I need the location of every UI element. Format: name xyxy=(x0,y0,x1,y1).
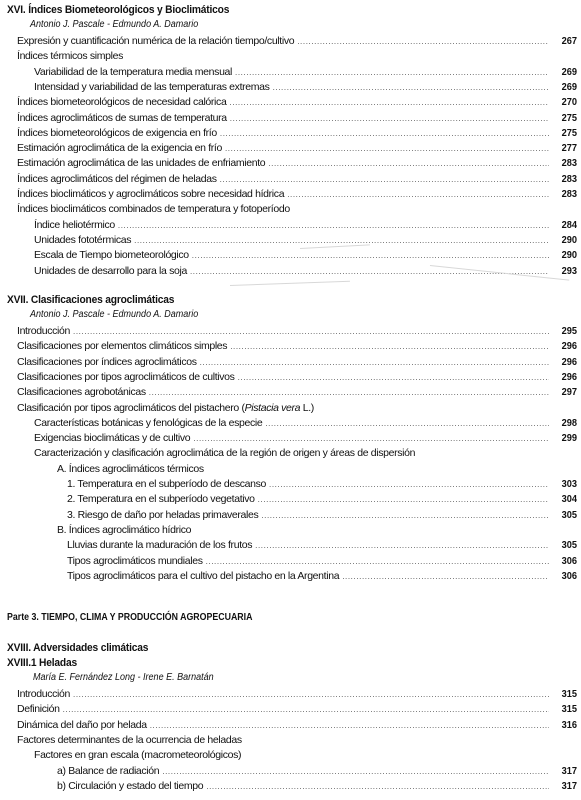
dot-leader xyxy=(220,127,549,141)
toc-entry[interactable]: Índice heliotérmico284 xyxy=(0,218,581,232)
toc-entry[interactable]: Intensidad y variabilidad de las tempera… xyxy=(0,80,581,94)
page-number: 305 xyxy=(558,508,577,522)
entry-title: Expresión y cuantificación numérica de l… xyxy=(17,34,294,48)
dot-leader xyxy=(342,570,549,584)
dot-leader xyxy=(118,219,549,233)
page-number: 284 xyxy=(558,218,577,232)
dot-leader xyxy=(193,432,549,446)
dot-leader xyxy=(261,509,549,523)
toc-entry[interactable]: a) Balance de radiación317 xyxy=(0,764,581,778)
chapter-title-line: XVI. Índices Biometeorológicos y Bioclim… xyxy=(0,3,581,17)
toc-entry[interactable]: Dinámica del daño por helada316 xyxy=(0,718,581,732)
toc-subheading: Caracterización y clasificación agroclim… xyxy=(0,446,581,460)
entry-title: Índices agroclimáticos del régimen de he… xyxy=(17,172,217,186)
dot-leader xyxy=(255,539,549,553)
entry-title: A. Índices agroclimáticos térmicos xyxy=(57,462,204,476)
toc-entry[interactable]: 1. Temperatura en el subperíodo de desca… xyxy=(0,477,581,491)
toc-entry[interactable]: Definición315 xyxy=(0,702,581,716)
page-number: 303 xyxy=(558,477,577,491)
entry-title: 2. Temperatura en el subperíodo vegetati… xyxy=(67,492,255,506)
toc-entry[interactable]: Clasificaciones agrobotánicas297 xyxy=(0,385,581,399)
page-number: 283 xyxy=(558,156,577,170)
dot-leader xyxy=(258,493,549,507)
dot-leader xyxy=(225,142,549,156)
dot-leader xyxy=(200,356,549,370)
chapter-subtitle-line: XVIII.1 Heladas xyxy=(0,656,581,670)
page-number: 315 xyxy=(558,687,577,701)
entry-title: 3. Riesgo de daño por heladas primaveral… xyxy=(67,508,258,522)
chapter-title: XVIII. Adversidades climáticas xyxy=(7,641,148,655)
entry-title: Variabilidad de la temperatura media men… xyxy=(34,65,232,79)
toc-entry[interactable]: Unidades de desarrollo para la soja293 xyxy=(0,264,581,278)
entry-title: Introducción xyxy=(17,687,70,701)
page-number: 269 xyxy=(558,80,577,94)
toc-entry[interactable]: Clasificaciones por elementos climáticos… xyxy=(0,339,581,353)
entry-title-italic: Pistacia vera xyxy=(245,402,301,414)
entry-title: Intensidad y variabilidad de las tempera… xyxy=(34,80,270,94)
toc-entry[interactable]: Características botánicas y fenológicas … xyxy=(0,416,581,430)
toc-entry[interactable]: Índices bioclimáticos y agroclimáticos s… xyxy=(0,187,581,201)
toc-entry[interactable]: Índices agroclimáticos de sumas de tempe… xyxy=(0,111,581,125)
scan-artifact xyxy=(230,281,350,286)
page-number: 267 xyxy=(558,34,577,48)
dot-leader xyxy=(162,765,549,779)
chapter-authors-line: Antonio J. Pascale - Edmundo A. Damario xyxy=(0,18,581,32)
toc-entry[interactable]: Tipos agroclimáticos mundiales306 xyxy=(0,554,581,568)
entry-title: Clasificaciones agrobotánicas xyxy=(17,385,146,399)
page-number: 315 xyxy=(558,702,577,716)
page-number: 295 xyxy=(558,324,577,338)
entry-title: Dinámica del daño por helada xyxy=(17,718,147,732)
chapter-title-line: XVIII. Adversidades climáticas xyxy=(0,641,581,655)
toc-entry[interactable]: Unidades fototérmicas290 xyxy=(0,233,581,247)
entry-title: Características botánicas y fenológicas … xyxy=(34,416,262,430)
chapter-title-line: XVII. Clasificaciones agroclimáticas xyxy=(0,293,581,307)
dot-leader xyxy=(73,688,549,702)
dot-leader xyxy=(229,96,549,110)
page-number: 305 xyxy=(558,538,577,552)
entry-title: Estimación agroclimática de la exigencia… xyxy=(17,141,222,155)
entry-title: Tipos agroclimáticos para el cultivo del… xyxy=(67,569,339,583)
page-number: 306 xyxy=(558,554,577,568)
toc-entry[interactable]: Índices biometeorológicos de exigencia e… xyxy=(0,126,581,140)
dot-leader xyxy=(73,325,549,339)
chapter-authors-line: María E. Fernández Long - Irene E. Barna… xyxy=(0,671,581,685)
entry-title: Lluvias durante la maduración de los fru… xyxy=(67,538,252,552)
dot-leader xyxy=(230,112,549,126)
dot-leader xyxy=(206,780,549,794)
toc-subheading: A. Índices agroclimáticos térmicos xyxy=(0,462,581,476)
entry-title: Factores determinantes de la ocurrencia … xyxy=(17,733,242,747)
entry-title: Clasificación por tipos agroclimáticos d… xyxy=(17,401,314,415)
toc-entry[interactable]: Introducción315 xyxy=(0,687,581,701)
page-number: 277 xyxy=(558,141,577,155)
dot-leader xyxy=(220,173,549,187)
chapter-authors: María E. Fernández Long - Irene E. Barna… xyxy=(33,671,214,685)
entry-title: Clasificaciones por índices agroclimátic… xyxy=(17,355,197,369)
entry-title: Escala de Tiempo biometeorológico xyxy=(34,248,189,262)
entry-title-text: Clasificación por tipos agroclimáticos d… xyxy=(17,402,245,414)
toc-entry[interactable]: Exigencias bioclimáticas y de cultivo299 xyxy=(0,431,581,445)
toc-entry[interactable]: Estimación agroclimática de las unidades… xyxy=(0,156,581,170)
entry-title: Índice heliotérmico xyxy=(34,218,115,232)
chapter-authors-line: Antonio J. Pascale - Edmundo A. Damario xyxy=(0,308,581,322)
toc-subheading: B. Índices agroclimático hídrico xyxy=(0,523,581,537)
chapter-title: XVI. Índices Biometeorológicos y Bioclim… xyxy=(7,3,229,17)
page-number: 316 xyxy=(558,718,577,732)
page-number: 299 xyxy=(558,431,577,445)
page-number: 290 xyxy=(558,233,577,247)
chapter-authors: Antonio J. Pascale - Edmundo A. Damario xyxy=(30,18,198,32)
entry-title: Índices térmicos simples xyxy=(17,49,123,63)
entry-title: Exigencias bioclimáticas y de cultivo xyxy=(34,431,190,445)
page-number: 296 xyxy=(558,370,577,384)
entry-title: Definición xyxy=(17,702,60,716)
page-number: 297 xyxy=(558,385,577,399)
chapter-subtitle: XVIII.1 Heladas xyxy=(7,656,77,670)
page-number: 317 xyxy=(558,764,577,778)
toc-entry[interactable]: Estimación agroclimática de la exigencia… xyxy=(0,141,581,155)
entry-title: a) Balance de radiación xyxy=(57,764,159,778)
part-title-line: Parte 3. TIEMPO, CLIMA Y PRODUCCIÓN AGRO… xyxy=(0,611,581,625)
page-number: 296 xyxy=(558,355,577,369)
chapter-authors: Antonio J. Pascale - Edmundo A. Damario xyxy=(30,308,198,322)
toc-subheading: Índices térmicos simples xyxy=(0,49,581,63)
dot-leader xyxy=(268,157,549,171)
page-number: 275 xyxy=(558,111,577,125)
entry-title: b) Circulación y estado del tiempo xyxy=(57,779,203,793)
toc-subheading: Clasificación por tipos agroclimáticos d… xyxy=(0,401,581,415)
page-number: 290 xyxy=(558,248,577,262)
entry-title: Caracterización y clasificación agroclim… xyxy=(34,446,415,460)
page-number: 270 xyxy=(558,95,577,109)
toc-entry[interactable]: Clasificaciones por tipos agroclimáticos… xyxy=(0,370,581,384)
toc-subheading: Índices bioclimáticos combinados de temp… xyxy=(0,202,581,216)
table-of-contents-page: XVI. Índices Biometeorológicos y Bioclim… xyxy=(0,0,581,800)
dot-leader xyxy=(235,66,549,80)
toc-entry[interactable]: 3. Riesgo de daño por heladas primaveral… xyxy=(0,508,581,522)
dot-leader xyxy=(238,371,549,385)
page-number: 304 xyxy=(558,492,577,506)
dot-leader xyxy=(63,703,549,717)
chapter-title: XVII. Clasificaciones agroclimáticas xyxy=(7,293,174,307)
dot-leader xyxy=(150,719,549,733)
dot-leader xyxy=(192,249,549,263)
page-number: 298 xyxy=(558,416,577,430)
entry-title: Estimación agroclimática de las unidades… xyxy=(17,156,265,170)
entry-title: Índices bioclimáticos combinados de temp… xyxy=(17,202,290,216)
entry-title: B. Índices agroclimático hídrico xyxy=(57,523,191,537)
entry-title: Unidades fototérmicas xyxy=(34,233,131,247)
toc-entry[interactable]: Expresión y cuantificación numérica de l… xyxy=(0,34,581,48)
dot-leader xyxy=(269,478,549,492)
page-number: 275 xyxy=(558,126,577,140)
toc-entry[interactable]: 2. Temperatura en el subperíodo vegetati… xyxy=(0,492,581,506)
page-number: 283 xyxy=(558,172,577,186)
page-number: 317 xyxy=(558,779,577,793)
page-number: 283 xyxy=(558,187,577,201)
entry-title: Índices bioclimáticos y agroclimáticos s… xyxy=(17,187,284,201)
entry-title: Unidades de desarrollo para la soja xyxy=(34,264,187,278)
page-number: 306 xyxy=(558,569,577,583)
page-number: 269 xyxy=(558,65,577,79)
part-title: Parte 3. TIEMPO, CLIMA Y PRODUCCIÓN AGRO… xyxy=(7,611,252,625)
page-number: 293 xyxy=(558,264,577,278)
toc-entry[interactable]: Variabilidad de la temperatura media men… xyxy=(0,65,581,79)
entry-title: 1. Temperatura en el subperíodo de desca… xyxy=(67,477,266,491)
toc-entry[interactable]: Índices agroclimáticos del régimen de he… xyxy=(0,172,581,186)
entry-title-suffix: L.) xyxy=(300,402,314,414)
entry-title: Índices biometeorológicos de necesidad c… xyxy=(17,95,226,109)
entry-title: Clasificaciones por tipos agroclimáticos… xyxy=(17,370,235,384)
toc-entry[interactable]: Introducción295 xyxy=(0,324,581,338)
toc-subheading: Factores determinantes de la ocurrencia … xyxy=(0,733,581,747)
dot-leader xyxy=(287,188,549,202)
dot-leader xyxy=(230,340,549,354)
dot-leader xyxy=(273,81,549,95)
dot-leader xyxy=(265,417,549,431)
toc-subheading: Factores en gran escala (macrometeorológ… xyxy=(0,748,581,762)
toc-entry[interactable]: Índices biometeorológicos de necesidad c… xyxy=(0,95,581,109)
dot-leader xyxy=(149,386,549,400)
entry-title: Introducción xyxy=(17,324,70,338)
entry-title: Índices agroclimáticos de sumas de tempe… xyxy=(17,111,227,125)
toc-entry[interactable]: Tipos agroclimáticos para el cultivo del… xyxy=(0,569,581,583)
entry-title: Índices biometeorológicos de exigencia e… xyxy=(17,126,217,140)
page-number: 296 xyxy=(558,339,577,353)
toc-entry[interactable]: Clasificaciones por índices agroclimátic… xyxy=(0,355,581,369)
dot-leader xyxy=(206,555,549,569)
toc-entry[interactable]: b) Circulación y estado del tiempo317 xyxy=(0,779,581,793)
entry-title: Clasificaciones por elementos climáticos… xyxy=(17,339,227,353)
dot-leader xyxy=(297,35,549,49)
entry-title: Tipos agroclimáticos mundiales xyxy=(67,554,203,568)
toc-entry[interactable]: Lluvias durante la maduración de los fru… xyxy=(0,538,581,552)
toc-entry[interactable]: Escala de Tiempo biometeorológico290 xyxy=(0,248,581,262)
entry-title: Factores en gran escala (macrometeorológ… xyxy=(34,748,241,762)
